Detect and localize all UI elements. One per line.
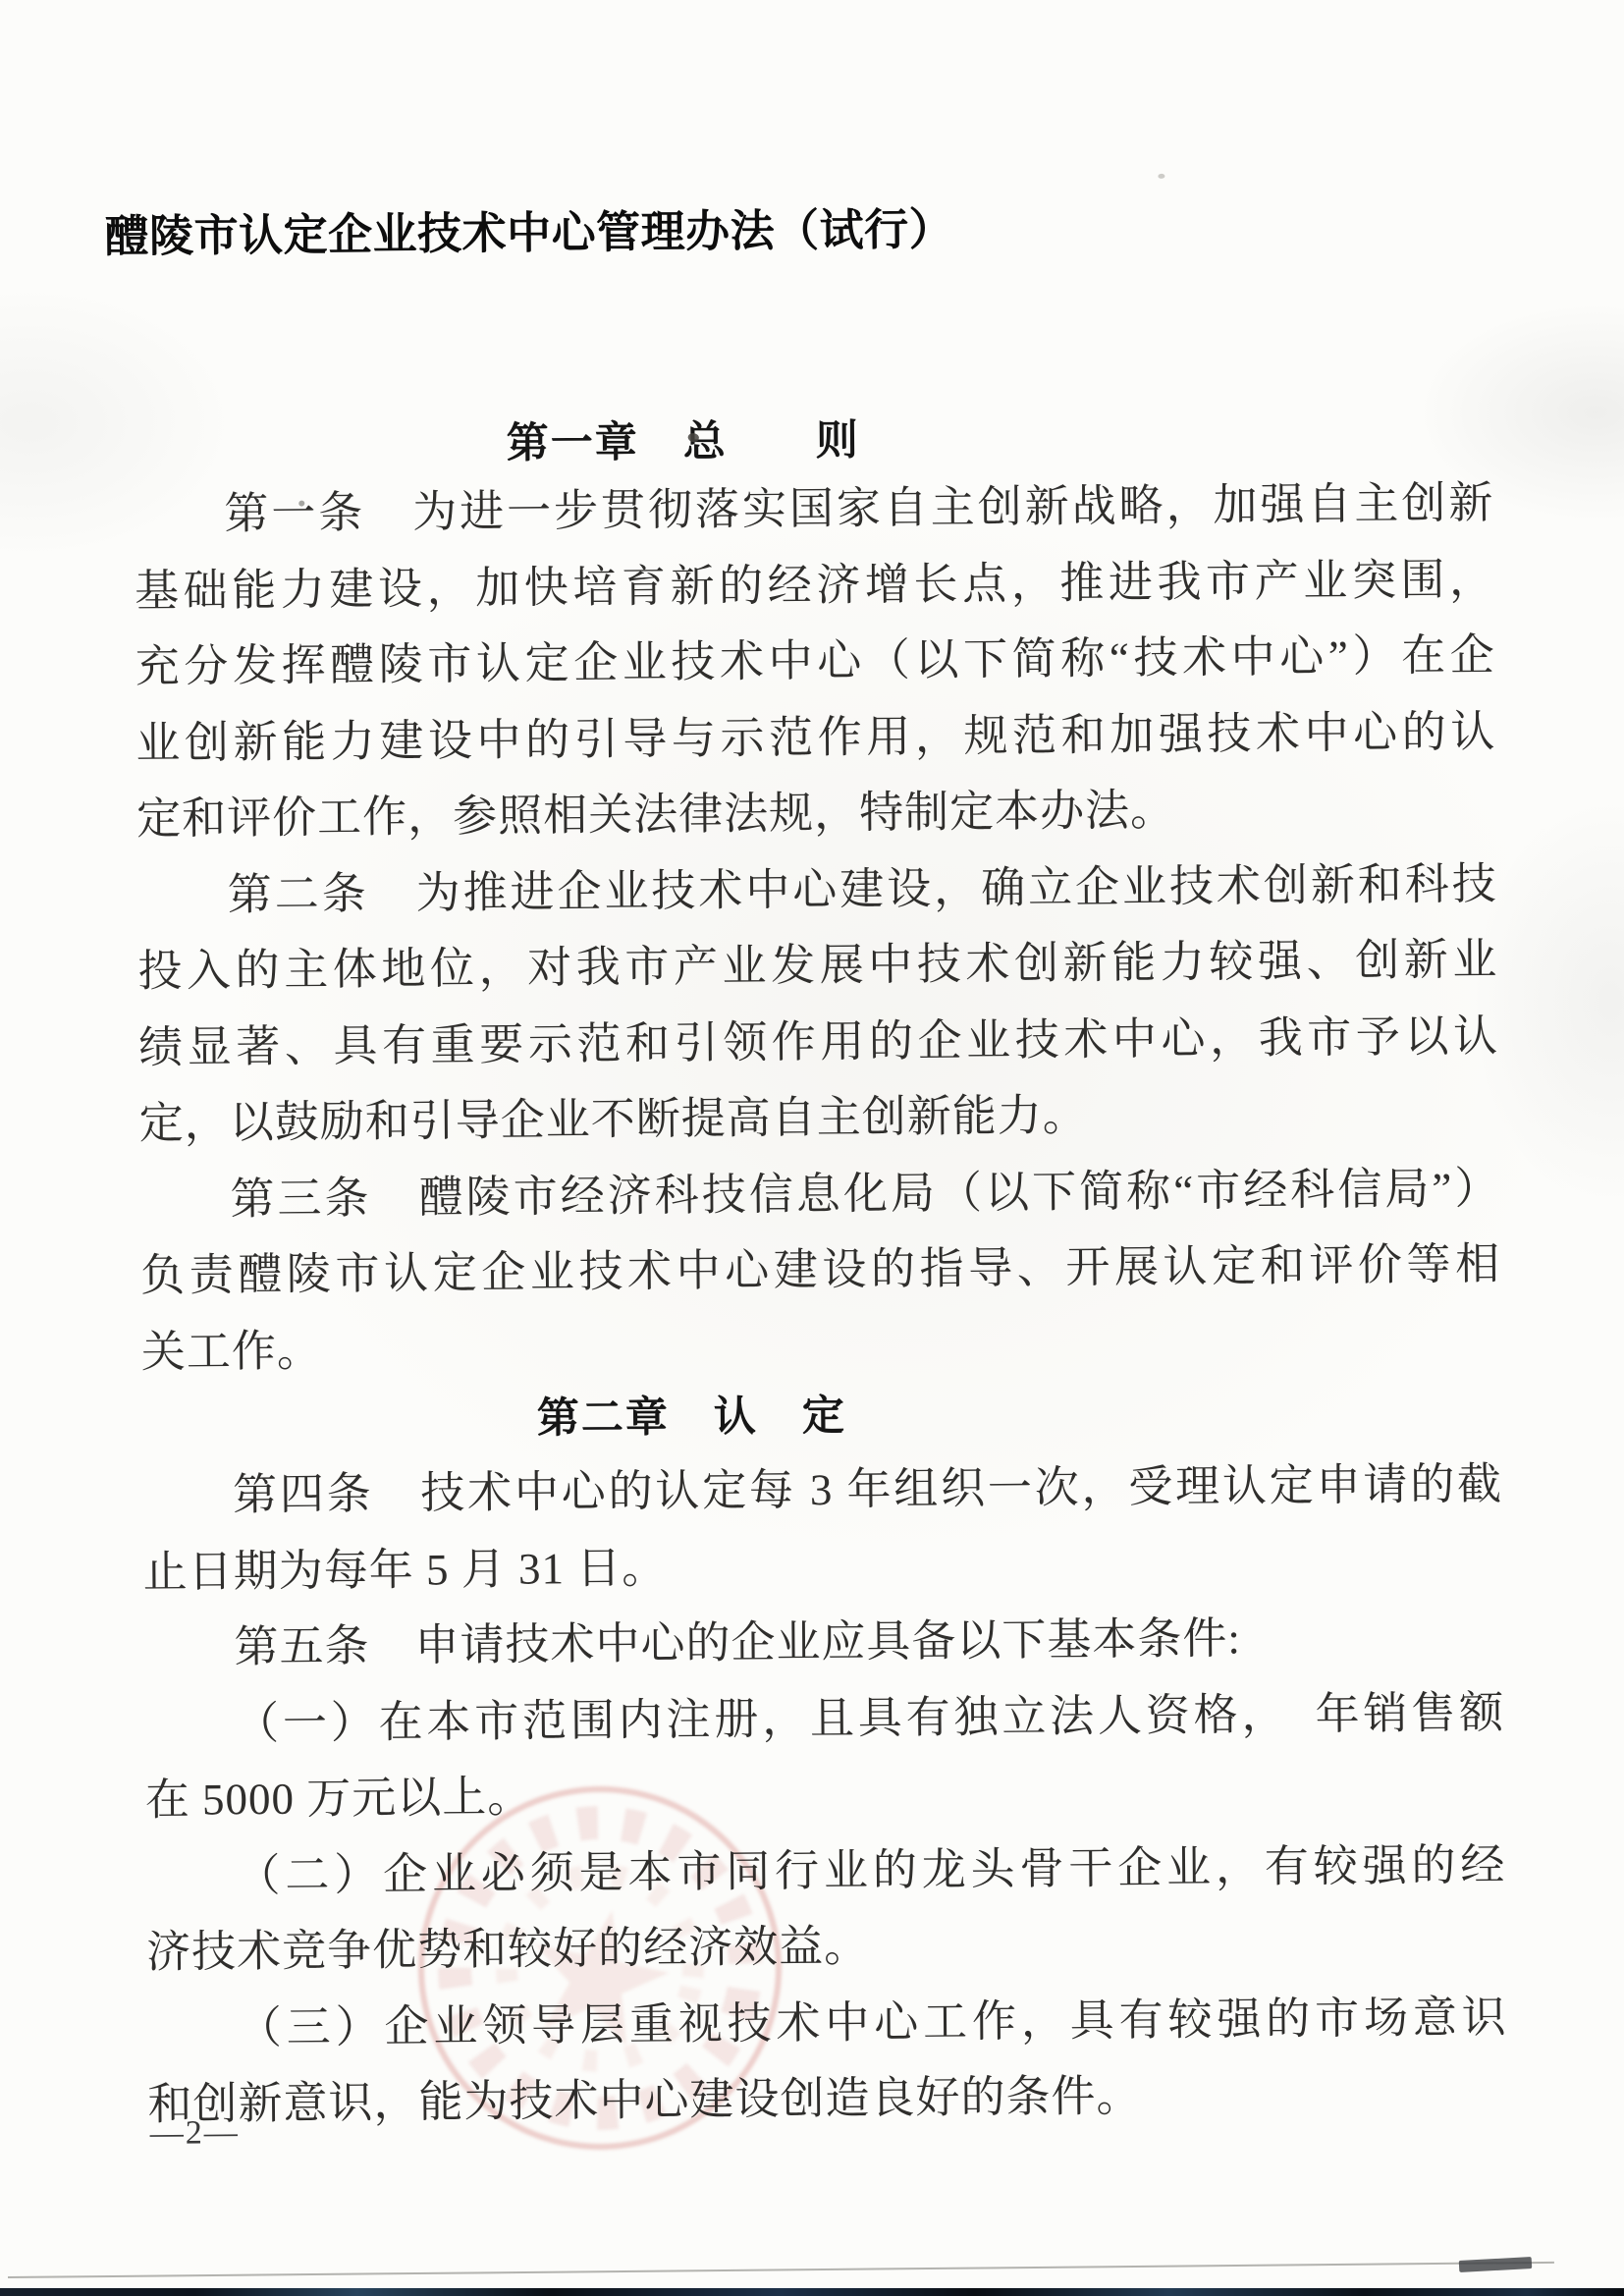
body-line: 止日期为每年 5 月 31 日。 [142, 1522, 1503, 1611]
chapter-2-heading: 第二章 认 定 [537, 1383, 847, 1446]
body-line: 绩显著、具有重要示范和引领作用的企业技术中心，我市予以认 [138, 998, 1499, 1086]
body-line: （二）企业必须是本市同行业的龙头骨干企业，有较强的经 [145, 1827, 1506, 1915]
body-line: 定，以鼓励和引导企业不断提高自主创新能力。 [138, 1074, 1499, 1163]
body-line: 基础能力建设，加快培育新的经济增长点，推进我市产业突围， [135, 541, 1495, 629]
page-number: —2— [150, 2114, 240, 2153]
body-line: 充分发挥醴陵市认定企业技术中心（以下简称“技术中心”）在企 [135, 618, 1495, 706]
body-line: 业创新能力建设中的引导与示范作用，规范和加强技术中心的认 [135, 693, 1496, 782]
body-line: 负责醴陵市认定企业技术中心建设的指导、开展认定和评价等相 [140, 1227, 1501, 1315]
chapter-1-heading: 第一章 总 则 [506, 408, 860, 470]
body-line: （一）在本市范围内注册，且具有独立法人资格， 年销售额 [144, 1674, 1505, 1763]
chapter-2-body: 第四条 技术中心的认定每 3 年组织一次，受理认定申请的截 止日期为每年 5 月… [142, 1447, 1508, 2144]
body-line: 关工作。 [140, 1302, 1501, 1391]
body-line: 济技术竞争优势和较好的经济效益。 [146, 1903, 1507, 1992]
chapter-1-body: 第一条 为进一步贯彻落实国家自主创新战略，加强自主创新 基础能力建设，加快培育新… [134, 465, 1501, 1391]
body-line: 第三条 醴陵市经济科技信息化局（以下简称“市经科信局”） [139, 1150, 1500, 1238]
body-line: 第二条 为推进企业技术中心建设，确立企业技术创新和科技 [136, 846, 1497, 934]
body-line: 在 5000 万元以上。 [144, 1751, 1505, 1839]
body-line: 投入的主体地位，对我市产业发展中技术创新能力较强、创新业 [137, 922, 1498, 1011]
scan-edge-shadow [1459, 2257, 1533, 2272]
body-line: （三）企业领导层重视技术中心工作，具有较强的市场意识 [147, 1979, 1508, 2067]
ink-speck [1158, 174, 1164, 179]
body-line: 定和评价工作，参照相关法律法规，特制定本办法。 [136, 770, 1497, 858]
body-line: 第四条 技术中心的认定每 3 年组织一次，受理认定申请的截 [142, 1447, 1503, 1535]
ink-speck [298, 501, 304, 507]
scanner-background-strip [0, 2288, 1624, 2296]
body-line: 第五条 申请技术中心的企业应具备以下基本条件: [143, 1599, 1504, 1687]
document-title: 醴陵市认定企业技术中心管理办法（试行） [104, 193, 953, 265]
body-line: 第一条 为进一步贯彻落实国家自主创新战略，加强自主创新 [134, 465, 1494, 554]
body-line: 和创新意识，能为技术中心建设创造良好的条件。 [147, 2055, 1508, 2144]
document-sheet: 醴陵市认定企业技术中心管理办法（试行） 第一章 总 则 第一条 为进一步贯彻落实… [130, 0, 1509, 2296]
scanned-document-page: { "document": { "title": "醴陵市认定企业技术中心管理办… [0, 0, 1624, 2296]
